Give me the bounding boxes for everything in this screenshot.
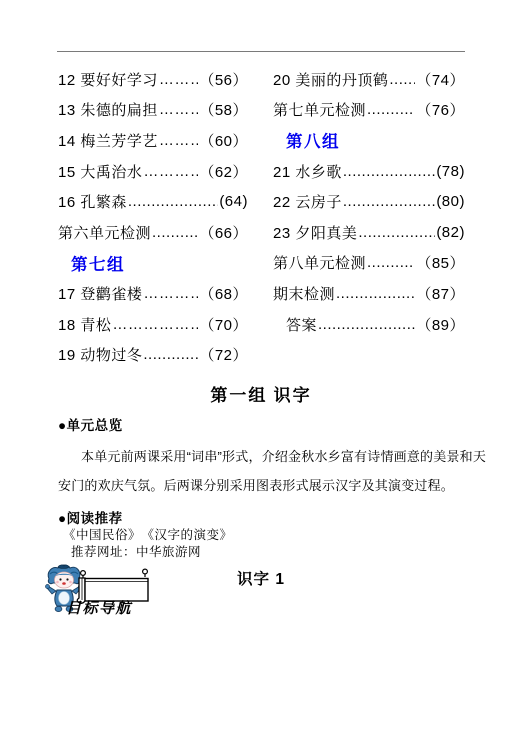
dot-leader: ........................................	[367, 254, 415, 271]
toc-entry-title: 14 梅兰芳学艺	[58, 130, 158, 151]
toc-entry-title: 答案	[286, 314, 317, 335]
toc-entry-title: 21 水乡歌	[273, 161, 342, 182]
toc-entry-title: 12 要好好学习	[58, 69, 158, 90]
toc-entry: 13 朱德的扁担………………………（58）	[58, 95, 248, 126]
dot-leader: ………………………	[159, 132, 198, 149]
toc-entry-title: 20 美丽的丹顶鹤	[273, 69, 388, 90]
toc-entry-page: （76）	[416, 99, 465, 120]
toc-entry-page: （70）	[199, 314, 248, 335]
toc-entry: 19 动物过冬.................................…	[58, 339, 248, 370]
toc-entry-title: 19 动物过冬	[58, 344, 142, 365]
toc-group-heading-unit7: 第七组	[58, 248, 248, 279]
toc-entry: 22 云房子..................................…	[273, 186, 465, 217]
dot-leader: ........................................	[358, 224, 435, 241]
toc-entry-title: 17 登鹳雀楼	[58, 283, 142, 304]
toc-entry-page: （66）	[199, 222, 248, 243]
toc-entry-page: （72）	[199, 344, 248, 365]
table-of-contents: 12 要好好学习………………………（56） 13 朱德的扁担………………………（…	[58, 64, 465, 370]
toc-entry-page: （68）	[199, 283, 248, 304]
toc-left-column: 12 要好好学习………………………（56） 13 朱德的扁担………………………（…	[58, 64, 248, 370]
reading-recommendation-heading: ●阅读推荐	[58, 507, 123, 527]
toc-entry-page: (80)	[436, 193, 465, 210]
toc-entry-page: （89）	[416, 314, 465, 335]
toc-entry-page: （58）	[199, 99, 248, 120]
goal-navigation-label: 目标导航	[66, 597, 132, 618]
toc-entry-title: 第六单元检测	[58, 222, 151, 243]
dot-leader: ........................................	[318, 316, 415, 333]
toc-entry-title: 16 孔繁森	[58, 191, 127, 212]
dot-leader: ........................................	[343, 193, 435, 210]
toc-entry: 20 美丽的丹顶鹤...............................…	[273, 64, 465, 95]
toc-entry: 16 孔繁森..................................…	[58, 186, 248, 217]
toc-entry: 期末检测 ...................................…	[273, 278, 465, 309]
toc-entry: 12 要好好学习………………………（56）	[58, 64, 248, 95]
toc-entry-page: (82)	[436, 224, 465, 241]
toc-entry-page: （62）	[199, 161, 248, 182]
dot-leader: ………………………	[112, 316, 198, 333]
toc-right-column: 20 美丽的丹顶鹤...............................…	[273, 64, 465, 370]
toc-entry: 23 夕阳真美.................................…	[273, 217, 465, 248]
toc-entry-page: （60）	[199, 130, 248, 151]
dot-leader: ………………………	[143, 163, 198, 180]
dot-leader: ………………………	[159, 71, 198, 88]
dot-leader: ........................................	[143, 346, 198, 363]
toc-entry-page: （74）	[416, 69, 465, 90]
toc-entry: 17 登鹳雀楼………………………（68）	[58, 278, 248, 309]
header-rule	[57, 51, 465, 52]
dot-leader: ........................................	[336, 285, 415, 302]
dot-leader: ........................................	[389, 71, 415, 88]
toc-entry-page: (64)	[219, 193, 248, 210]
toc-entry: 15 大禹治水………………………（62）	[58, 156, 248, 187]
toc-entry: 第七单元检测..................................…	[273, 95, 465, 126]
recommended-books: 《中国民俗》 《汉字的演变》	[63, 525, 233, 543]
toc-entry: 18 青松………………………（70）	[58, 309, 248, 340]
toc-entry-page: (78)	[436, 163, 465, 180]
toc-entry-title: 23 夕阳真美	[273, 222, 357, 243]
toc-entry-title: 22 云房子	[273, 191, 342, 212]
toc-entry-page: （85）	[416, 252, 465, 273]
toc-entry: 21 水乡歌..................................…	[273, 156, 465, 187]
overview-paragraph-line1: 本单元前两课采用“词串”形式，介绍金秋水乡富有诗情画意的美景和天	[81, 446, 486, 465]
toc-entry: 第八单元检测..................................…	[273, 248, 465, 279]
dot-leader: ........................................	[128, 193, 218, 210]
document-page: 12 要好好学习………………………（56） 13 朱德的扁担………………………（…	[0, 0, 522, 738]
toc-entry-title: 第七单元检测	[273, 99, 366, 120]
toc-entry-title: 18 青松	[58, 314, 111, 335]
toc-entry-page: （87）	[416, 283, 465, 304]
toc-entry-title: 期末检测	[273, 283, 335, 304]
dot-leader: ………………………	[159, 101, 198, 118]
section-title: 第一组 识字	[0, 381, 522, 406]
dot-leader: ........................................	[152, 224, 198, 241]
dot-leader: ........................................	[343, 163, 435, 180]
overview-heading: ●单元总览	[58, 414, 123, 434]
toc-entry: 14 梅兰芳学艺………………………（60）	[58, 125, 248, 156]
toc-entry: 第六单元检测..................................…	[58, 217, 248, 248]
toc-entry-title: 15 大禹治水	[58, 161, 142, 182]
toc-group-heading-unit8: 第八组	[273, 125, 465, 156]
toc-entry-title: 13 朱德的扁担	[58, 99, 158, 120]
overview-paragraph-line2: 安门的欢庆气氛。后两课分别采用图表形式展示汉字及其演变过程。	[58, 475, 454, 494]
toc-entry-title: 第八单元检测	[273, 252, 366, 273]
recommended-website: 推荐网址：中华旅游网	[71, 542, 201, 560]
toc-entry-page: （56）	[199, 69, 248, 90]
toc-entry: 答案......................................…	[273, 309, 465, 340]
dot-leader: ………………………	[143, 285, 198, 302]
dot-leader: ........................................	[367, 101, 415, 118]
